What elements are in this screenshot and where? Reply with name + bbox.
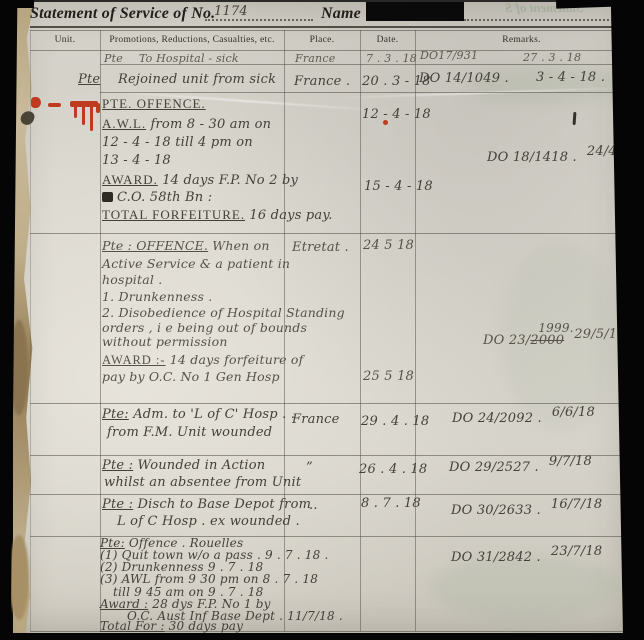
remark-date: 16/7/18 [551,497,603,512]
remark-ref: DO 29/2527 .9/7/18 [449,460,592,475]
entry-text: Adm. to 'L of C' Hosp . . [129,407,295,422]
place-value: Etretat . [292,240,349,255]
remark-ref: DO 30/2633 .16/7/18 [451,503,602,518]
entry-text: from 8 - 30 am on [146,117,271,132]
table-rule [30,403,628,404]
entry-line: 1. Drunkenness . [102,289,212,304]
entry-line: 13 - 4 - 18 [102,153,171,168]
place-value: France [292,412,340,427]
award-label: AWARD :- [102,353,166,367]
red-ink-drip [90,104,93,131]
column-header-date: Date. [360,35,415,45]
entry-line: Pte : OFFENCE. When on [102,238,270,253]
date-value: 26 . 4 . 18 [359,462,427,477]
entry-line: (3) AWL from 9 30 pm on 8 . 7 . 18 [100,572,318,586]
column-header-unit: Unit. [30,35,100,45]
red-ink-dot [383,120,388,125]
scanned-service-record: Statement of S Statement of Service of N… [0,0,644,640]
remark-date: 9/7/18 [549,454,592,469]
ink-scribble [102,192,113,202]
entry-line: PTE. OFFENCE. [102,96,206,112]
service-number: 1174 [214,4,248,19]
date-value: 24 5 18 [363,238,414,253]
scan-border-top [0,0,644,2]
dotted-rule [205,19,313,21]
remark-text: DO 23/ [483,333,530,348]
entry-text: Disch to Base Depot from [133,497,311,512]
column-header-promotions: Promotions, Reductions, Casualties, etc. [100,35,284,45]
table-rule [100,92,628,93]
entry-text: 14 days forfeiture of [166,352,304,367]
award-label: AWARD. [102,172,158,187]
entry-line: 2. Disobedience of Hospital Standing [102,305,345,320]
remark-ref: DO 23/20001999.29/5/18 [483,333,626,348]
entry-line: 12 - 4 - 18 till 4 pm on [102,135,253,150]
red-ink-stain [31,97,41,108]
entry-line: without permission [102,334,228,349]
entry-line: from F.M. Unit wounded [107,425,272,440]
entry-text: 16 days pay. [245,208,332,223]
table-rule [30,233,628,234]
remark-ref: DO17/931 [420,49,478,62]
column-header-remarks: Remarks. [415,35,628,45]
remark-text: DO 30/2633 . [451,503,541,518]
entry-line: Pte : Disch to Base Depot from [102,497,311,512]
column-header-place: Place. [284,35,360,45]
entry-line: C.O. 58th Bn : [117,190,212,205]
remark-date: 23/7/18 [551,544,603,559]
entry-line: whilst an absentee from Unit [104,475,301,490]
struck-number: 2000 [530,333,564,348]
scan-border-bottom [0,633,644,640]
date-value: 8 . 7 . 18 [361,496,421,511]
remark-text: DO 18/1418 . [487,150,577,165]
remark-ref: DO 14/1049 . [419,71,509,86]
place-value: France [295,52,335,65]
scan-corner-top-left [0,0,34,8]
date-value: 29 . 4 . 18 [361,414,429,429]
rank-label: Pte [104,52,123,65]
rank-label: Pte : [102,497,133,512]
entry-line: AWARD :- 14 days forfeiture of [102,352,303,368]
entry-text: 30 days pay [165,619,244,633]
entry-line: A.W.L. from 8 - 30 am on [102,116,271,132]
table-rule [30,26,628,28]
entry-text: To Hospital - sick [139,52,239,65]
remark-text: DO 24/2092 . [452,411,542,426]
red-ink-drip [74,105,77,118]
table-rule [360,30,361,631]
date-value: 7 . 3 . 18 [366,52,417,65]
entry-line: pay by O.C. No 1 Gen Hosp [102,369,280,384]
edge-stain [9,535,29,620]
date-value: 12 - 4 - 18 [362,107,431,122]
table-rule [30,455,628,456]
table-rule [30,30,628,31]
offence-heading: PTE. OFFENCE. [102,96,206,111]
rank-label: Pte: [102,407,129,422]
place-value: ” [306,460,313,475]
overwritten-number: 1999. [538,321,573,335]
place-value: France . [294,74,350,89]
entry-text: Wounded in Action [133,458,265,473]
remark-ref: DO 24/2092 .6/6/18 [452,411,595,426]
entry-line: orders , i e being out of bounds [102,320,307,335]
entry-text: When on [208,238,269,253]
red-ink-drip [96,103,100,113]
awl-label: A.W.L. [102,116,146,131]
rank-label: Pte : [102,458,133,473]
red-ink-drip [82,106,85,125]
dotted-rule [464,19,624,21]
table-rule [30,494,628,495]
entry-line: Pte: Adm. to 'L of C' Hosp . . [102,407,295,422]
offence-heading: Pte : OFFENCE. [102,238,208,253]
corrected-number: 20001999. [530,333,564,348]
entry-line: Rejoined unit from sick [118,72,276,87]
remark-text: DO 29/2527 . [449,460,539,475]
entry-line: hospital . [102,272,162,287]
remark-date: 6/6/18 [552,405,595,420]
entry-line: Total For : 30 days pay [100,619,243,633]
name-label: Name [321,5,361,23]
remark-text: DO 31/2842 . [451,550,541,565]
date-value: 25 5 18 [363,369,414,384]
entry-line: AWARD. 14 days F.P. No 2 by [102,172,298,188]
entry-line: Active Service & a patient in [102,256,290,271]
form-title: Statement of Service of No. [30,5,215,23]
remark-date: 27 . 3 . 18 [523,51,581,64]
remark-ref: DO 31/2842 .23/7/18 [451,550,602,565]
entry-text: 14 days F.P. No 2 by [158,173,298,188]
rank-label: Pte [78,72,100,87]
entry-line: L of C Hosp . ex wounded . [117,514,300,529]
redacted-name [366,2,464,21]
red-ink-stain [48,103,61,107]
entry-line: Pte : Wounded in Action [102,458,265,473]
total-label: Total For : [100,619,165,633]
entry-line: PteTo Hospital - sick [104,52,239,65]
date-value: 15 - 4 - 18 [364,179,433,194]
remark-date: 3 - 4 - 18 . [536,70,605,85]
total-forfeiture-label: TOTAL FORFEITURE. [102,207,245,222]
place-value: .. [309,498,318,513]
entry-line: TOTAL FORFEITURE. 16 days pay. [102,207,333,223]
